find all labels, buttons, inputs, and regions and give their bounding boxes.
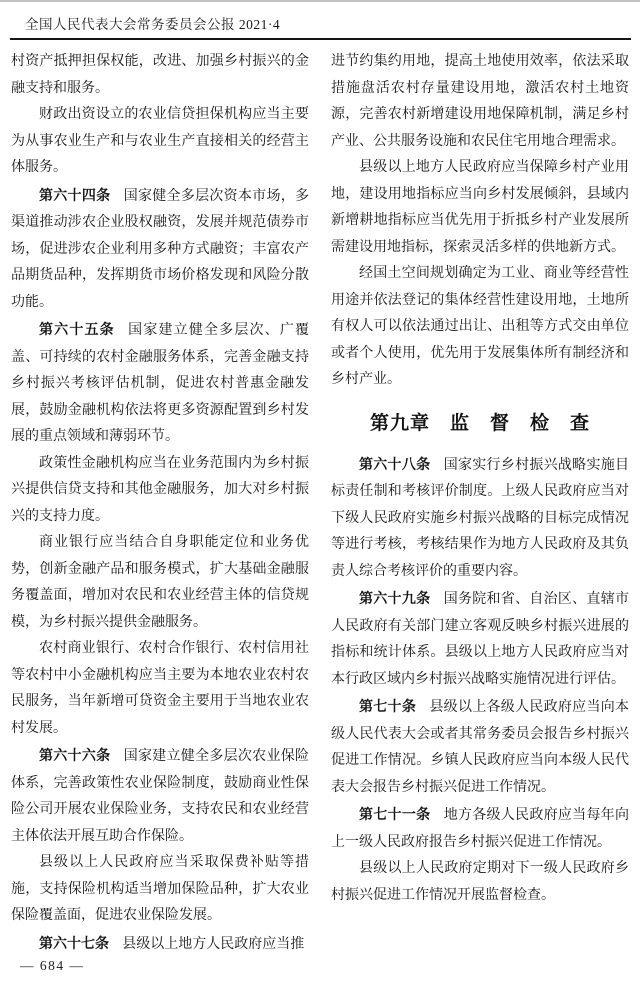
body-paragraph: 农村商业银行、农村合作银行、农村信用社等农村中小金融机构应当主要为本地农业农村农… xyxy=(11,636,309,742)
body-paragraph: 县级以上人民政府定期对下一级人民政府乡村振兴促进工作情况开展监督检查。 xyxy=(331,856,629,909)
bulletin-header-title: 全国人民代表大会常务委员会公报 2021·4 xyxy=(25,17,280,32)
article-paragraph: 第六十四条国家健全多层次资本市场，多渠道推动涉农企业股权融资，发展并规范债券市场… xyxy=(11,182,309,317)
body-paragraph: 经国土空间规划确定为工业、商业等经营性用途并依法登记的集体经营性建设用地，土地所… xyxy=(331,261,629,394)
scan-edge-artifact xyxy=(0,0,640,2)
paragraph-text: 国家实行乡村振兴战略实施目标责任制和考核评价制度。上级人民政府应当对下级人民政府… xyxy=(331,458,629,579)
paragraph-text: 县级以上地方人民政府应当推 xyxy=(122,937,304,952)
body-paragraph: 县级以上地方人民政府应当保障乡村产业用地，建设用地指标应当向乡村发展倾斜，县域内… xyxy=(331,155,629,261)
article-number-label: 第六十四条 xyxy=(39,187,110,203)
article-paragraph: 第七十条县级以上各级人民政府应当向本级人民代表大会或者其常务委员会报告乡村振兴促… xyxy=(331,693,629,801)
body-paragraph: 政策性金融机构应当在业务范围内为乡村振兴提供信贷支持和其他金融服务，加大对乡村振… xyxy=(11,451,309,531)
paragraph-text: 县级以上地方人民政府应当保障乡村产业用地，建设用地指标应当向乡村发展倾斜，县域内… xyxy=(331,160,629,255)
chapter-heading: 第九章 监 督 检 查 xyxy=(331,409,629,439)
page-number: — 684 — xyxy=(20,958,85,973)
paragraph-text: 政策性金融机构应当在业务范围内为乡村振兴提供信贷支持和其他金融服务，加大对乡村振… xyxy=(11,456,309,524)
article-paragraph: 第六十七条县级以上地方人民政府应当推 xyxy=(11,930,309,959)
article-paragraph: 第七十一条地方各级人民政府应当每年向上一级人民政府报告乡村振兴促进工作情况。 xyxy=(331,801,629,856)
paragraph-text: 县级以上人民政府应当采取保费补贴等措施，支持保险机构适当增加保险品种，扩大农业保… xyxy=(11,855,309,923)
article-number-label: 第六十八条 xyxy=(359,456,430,472)
article-paragraph: 第六十六条国家建立健全多层次农业保险体系，完善政策性农业保险制度，鼓励商业性保险… xyxy=(11,742,309,850)
article-number-label: 第六十六条 xyxy=(39,747,110,763)
body-paragraph: 进节约集约用地，提高土地使用效率，依法采取措施盘活农村存量建设用地，激活农村土地… xyxy=(331,49,629,155)
body-paragraph: 村资产抵押担保权能，改进、加强乡村振兴的金融支持和服务。 xyxy=(11,49,309,102)
article-number-label: 第七十一条 xyxy=(359,806,430,822)
page-footer: — 684 — xyxy=(20,958,85,974)
article-number-label: 第六十七条 xyxy=(39,935,109,951)
page-header: 全国人民代表大会常务委员会公报 2021·4 xyxy=(0,0,640,38)
article-number-label: 第六十五条 xyxy=(39,321,115,337)
paragraph-text: 商业银行应当结合自身职能定位和业务优势，创新金融产品和服务模式，扩大基础金融服务… xyxy=(11,535,309,630)
article-paragraph: 第六十八条国家实行乡村振兴战略实施目标责任制和考核评价制度。上级人民政府应当对下… xyxy=(331,451,629,586)
article-number-label: 第六十九条 xyxy=(359,590,430,606)
paragraph-text: 国家健全多层次资本市场，多渠道推动涉农企业股权融资，发展并规范债券市场，促进涉农… xyxy=(11,189,309,310)
article-paragraph: 第六十九条国务院和省、自治区、直辖市人民政府有关部门建立客观反映乡村振兴进展的指… xyxy=(331,585,629,693)
paragraph-text: 国家建立健全多层次农业保险体系，完善政策性农业保险制度，鼓励商业性保险公司开展农… xyxy=(11,749,309,844)
left-column: 村资产抵押担保权能，改进、加强乡村振兴的金融支持和服务。财政出资设立的农业信贷担… xyxy=(11,49,309,958)
paragraph-text: 国务院和省、自治区、直辖市人民政府有关部门建立客观反映乡村振兴进展的指标和统计体… xyxy=(331,592,629,687)
bulletin-page: 全国人民代表大会常务委员会公报 2021·4 村资产抵押担保权能，改进、加强乡村… xyxy=(0,0,640,986)
paragraph-text: 农村商业银行、农村合作银行、农村信用社等农村中小金融机构应当主要为本地农业农村农… xyxy=(11,641,309,736)
body-paragraph: 县级以上人民政府应当采取保费补贴等措施，支持保险机构适当增加保险品种，扩大农业保… xyxy=(11,850,309,930)
two-column-body: 村资产抵押担保权能，改进、加强乡村振兴的金融支持和服务。财政出资设立的农业信贷担… xyxy=(0,40,640,958)
body-paragraph: 商业银行应当结合自身职能定位和业务优势，创新金融产品和服务模式，扩大基础金融服务… xyxy=(11,530,309,636)
paragraph-text: 村资产抵押担保权能，改进、加强乡村振兴的金融支持和服务。 xyxy=(11,54,309,96)
paragraph-text: 财政出资设立的农业信贷担保机构应当主要为从事农业生产和与农业生产直接相关的经营主… xyxy=(11,107,309,175)
paragraph-text: 进节约集约用地，提高土地使用效率，依法采取措施盘活农村存量建设用地，激活农村土地… xyxy=(331,54,629,149)
article-number-label: 第七十条 xyxy=(359,698,416,714)
paragraph-text: 国家建立健全多层次、广覆盖、可持续的农村金融服务体系，完善金融支持乡村振兴考核评… xyxy=(11,323,309,444)
paragraph-text: 县级以上人民政府定期对下一级人民政府乡村振兴促进工作情况开展监督检查。 xyxy=(331,861,629,903)
body-paragraph: 财政出资设立的农业信贷担保机构应当主要为从事农业生产和与农业生产直接相关的经营主… xyxy=(11,102,309,182)
paragraph-text: 县级以上各级人民政府应当向本级人民代表大会或者其常务委员会报告乡村振兴促进工作情… xyxy=(331,700,629,795)
article-paragraph: 第六十五条国家建立健全多层次、广覆盖、可持续的农村金融服务体系，完善金融支持乡村… xyxy=(11,316,309,451)
paragraph-text: 经国土空间规划确定为工业、商业等经营性用途并依法登记的集体经营性建设用地，土地所… xyxy=(331,266,629,387)
right-column: 进节约集约用地，提高土地使用效率，依法采取措施盘活农村存量建设用地，激活农村土地… xyxy=(331,49,629,958)
